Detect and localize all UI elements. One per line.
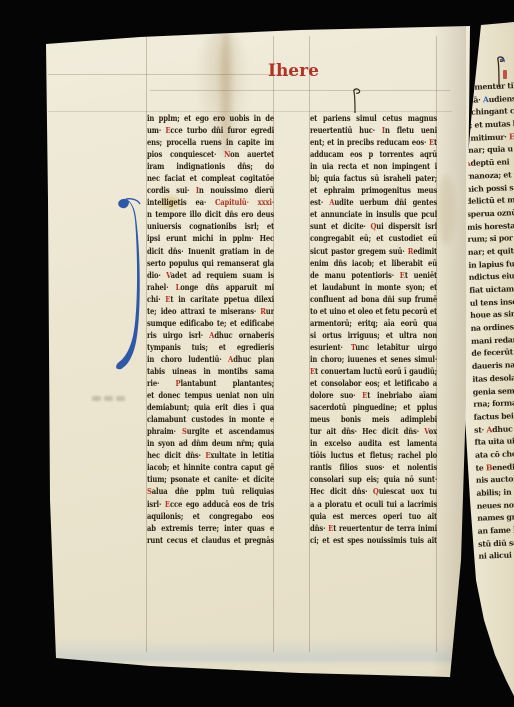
text-line: a a ploratu et oculi tui a lacrimis bbox=[310, 499, 437, 511]
facing-text-line: fta uita uita bbox=[474, 435, 514, 450]
text-line: demiabunt; quia erit dies ī qua bbox=[147, 402, 274, 414]
facing-text-line: na ordines· A bbox=[470, 321, 514, 336]
text-line: in pplm; et ego ero uobis in de bbox=[147, 113, 274, 125]
right-text-column: et pariens simul cetus magnusreuertentiū… bbox=[310, 113, 437, 547]
text-line: in syon ad dn̄m deum nr̄m; quia bbox=[147, 438, 274, 450]
ruling-line-horizontal bbox=[48, 74, 298, 75]
text-line: et consolabor eos; et letificabo a bbox=[310, 378, 437, 390]
page-bottom-highlight bbox=[55, 638, 453, 662]
text-line: iram indignationis dn̄s; do bbox=[147, 161, 274, 173]
text-line: tabis uineas in montibs sama bbox=[147, 366, 274, 378]
text-line: et annunciate in insulis que pcul bbox=[310, 209, 437, 221]
text-line: tur ait dn̄s· Hec dicit dn̄s· Vox bbox=[310, 426, 437, 438]
text-line: intelligetis ea· Capitulū· xxxi· bbox=[147, 197, 274, 209]
text-line: congregabit eū; et custodiet eū bbox=[310, 233, 437, 245]
text-line: sumque edificabo te; et edificabe bbox=[147, 318, 274, 330]
text-line: et donec tempus ueniat non uin bbox=[147, 390, 274, 402]
ruling-line-horizontal bbox=[150, 90, 450, 91]
pen-flourish-icon bbox=[350, 88, 362, 114]
text-line: dolore suo· Et inebriabo aīam bbox=[310, 390, 437, 402]
facing-text-line: abilis; in co bbox=[476, 486, 514, 501]
text-line: armentorū; eritq; aīa eorū qua bbox=[310, 318, 437, 330]
facing-page-text: rrementur tiblatā· Audiensnichingant coi… bbox=[462, 80, 514, 564]
text-line: in choro; iuuenes et senes simul· bbox=[310, 354, 437, 366]
text-line: in excelso audita est lamenta bbox=[310, 438, 437, 450]
facing-text-line: sperua oznū bbox=[466, 207, 514, 222]
facing-text-line: rna; forma m bbox=[473, 397, 514, 412]
text-line: runt cecus et claudus et pregnās bbox=[147, 535, 274, 547]
text-line: rantis filios suos· et nolentis bbox=[310, 462, 437, 474]
facing-text-line: rnanoza; et p bbox=[465, 169, 514, 184]
text-line: iacob; et hinnite contra caput gē bbox=[147, 462, 274, 474]
facing-text-line: daueris nata bbox=[472, 359, 514, 374]
text-line: dio· Vadet ad requiem suam is bbox=[147, 270, 274, 282]
text-line: ens; procella ruens in capite im bbox=[147, 137, 274, 149]
text-line: Salua dn̄e pplm tuū reliquias bbox=[147, 486, 274, 498]
text-line: um· Ecce turbo dn̄i furor egredi bbox=[147, 125, 274, 137]
text-line: Hec dicit dn̄s· Quiescat uox tu bbox=[310, 486, 437, 498]
facing-text-line: st· Adhuc tra bbox=[474, 422, 514, 437]
text-line: tympanis tuis; et egredieris bbox=[147, 342, 274, 354]
text-line: sunt et dicite· Qui dispersit isrl bbox=[310, 221, 437, 233]
text-line: de manu potentioris· Et ueniēt bbox=[310, 270, 437, 282]
text-line: in uia recta et non impingent i bbox=[310, 161, 437, 173]
facing-text-line: ni alicui saniu bbox=[478, 549, 514, 564]
text-line: si ortus irriguus; et ultra non bbox=[310, 330, 437, 342]
text-line: dn̄s· Et reuertentur de terra inimi bbox=[310, 523, 437, 535]
text-line: sicut pastor gregem suū· Redimit bbox=[310, 246, 437, 258]
ruling-line-horizontal bbox=[48, 111, 452, 112]
text-line: confluent ad bona dn̄i sup frumē bbox=[310, 294, 437, 306]
text-line: meus bonis meis adimplebi bbox=[310, 414, 437, 426]
facing-text-line: te Benedicat bbox=[475, 460, 514, 475]
text-line: ci; et est spes nouissimis tuis ait bbox=[310, 535, 437, 547]
facing-text-line: stū diū samus bbox=[478, 536, 514, 551]
facing-text-line: nar; et quitt bbox=[468, 245, 514, 260]
text-line: esurient· Tunc letabitur uirgo bbox=[310, 342, 437, 354]
text-line: Et conuertam luctū eorū ī gaudiū; bbox=[310, 366, 437, 378]
text-line: reuertentiū huc· In fletu ueni bbox=[310, 125, 437, 137]
text-line: te; ideo attraxi te miserans· Rur bbox=[147, 306, 274, 318]
text-line: et laudabunt in monte syon; et bbox=[310, 282, 437, 294]
facing-text-line: an fame lassa bbox=[477, 524, 514, 539]
text-line: dicit dn̄s· Inuenit gratiam in de bbox=[147, 246, 274, 258]
facing-text-line: names grope bbox=[477, 511, 514, 526]
text-line: rahel· Longe dn̄s apparuit mi bbox=[147, 282, 274, 294]
text-line: tium; psonate et canite· et dicite bbox=[147, 474, 274, 486]
text-line: enim dn̄s iacob; et liberabit eū bbox=[310, 258, 437, 270]
text-line: ab extremis terre; inter quas e bbox=[147, 523, 274, 535]
facing-text-line: factus bei bbox=[474, 410, 514, 425]
showthrough-mark bbox=[92, 386, 128, 396]
facing-text-line: neues nos fin bbox=[477, 498, 514, 513]
text-line: pios conquiescet· Non auertet bbox=[147, 149, 274, 161]
text-line: aquilonis; et congregabo eos bbox=[147, 511, 274, 523]
running-title: Ihere bbox=[268, 61, 328, 81]
text-line: nec faciat et compleat cogitatōe bbox=[147, 173, 274, 185]
text-line: n tempore illo dicit dn̄s ero deus bbox=[147, 209, 274, 221]
text-line: rie· Plantabunt plantantes; bbox=[147, 378, 274, 390]
text-line: est· Audite uerbum dn̄i gentes bbox=[310, 197, 437, 209]
text-line: isrl· Ecce ego adducā eos de tris bbox=[147, 499, 274, 511]
facing-text-line: nis auctor mon bbox=[476, 473, 514, 488]
text-line: tiōis luctus et fletus; rachel plo bbox=[310, 450, 437, 462]
facing-text-line: ata cō chorus bbox=[475, 448, 514, 463]
illuminated-initial-I bbox=[112, 196, 148, 372]
text-line: ipsi erunt michi in pplm· Hec bbox=[147, 233, 274, 245]
left-text-column: in pplm; et ego ero uobis in deum· Ecce … bbox=[147, 113, 274, 547]
text-line: to et uino et oleo et fetu pecorū et bbox=[310, 306, 437, 318]
text-line: uniuersis cognationibs isrl; et bbox=[147, 221, 274, 233]
facing-text-line: fiat uictam bbox=[469, 283, 514, 298]
text-line: hec dicit dn̄s· Exultate in letitia bbox=[147, 450, 274, 462]
text-line: ris uirgo isrl· Adhuc ornaberis bbox=[147, 330, 274, 342]
text-line: phraim· Surgite et ascendamus bbox=[147, 426, 274, 438]
text-line: consolari sup eis; quia nō sunt· bbox=[310, 474, 437, 486]
text-line: clamabunt custodes in monte e bbox=[147, 414, 274, 426]
text-line: sacerdotū pinguedine; et pplus bbox=[310, 402, 437, 414]
text-line: chi· Et in caritate ppetua dilexi bbox=[147, 294, 274, 306]
text-line: et ephraim primogenitus meus bbox=[310, 185, 437, 197]
text-line: quia est merces operi tuo ait bbox=[310, 511, 437, 523]
text-line: bi; quia factus sū israheli pater; bbox=[310, 173, 437, 185]
text-line: et pariens simul cetus magnus bbox=[310, 113, 437, 125]
text-line: ent; et in precibs reducam eos· Et bbox=[310, 137, 437, 149]
facing-text-line: itas desolat bbox=[472, 371, 514, 386]
gutter-shadow bbox=[432, 26, 466, 676]
text-line: cordis sui· In nouissimo dierū bbox=[147, 185, 274, 197]
text-line: adducam eos p torrentes aqrū bbox=[310, 149, 437, 161]
text-line: in choro ludentiū· Adhuc plan bbox=[147, 354, 274, 366]
manuscript-leaf: Ihere in pplm; et ego ero uobis in deum·… bbox=[0, 0, 514, 707]
photo-of-manuscript: { "meta": { "description": "Photograph o… bbox=[0, 0, 514, 707]
text-line: serto populus qui remanserat gla bbox=[147, 258, 274, 270]
